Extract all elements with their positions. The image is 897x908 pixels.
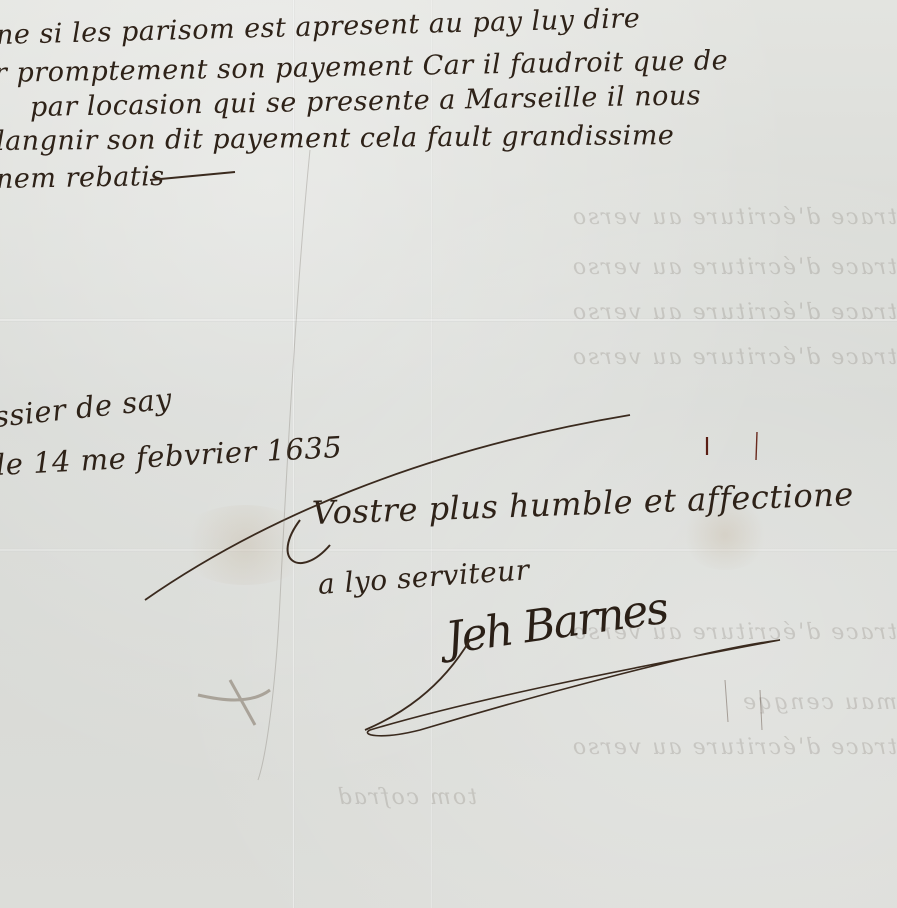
bleed-through-text: trace d'écriture au verso (0, 735, 897, 760)
letter-line-4: langnir son dit payement cela fault gran… (0, 120, 674, 157)
paper-stain (175, 505, 315, 585)
letter-line-5: nem rebatis (0, 161, 165, 195)
bleed-through-text: trace d'écriture au verso (0, 300, 897, 325)
bleed-through-text: trace d'écriture au verso (0, 345, 897, 370)
bleed-through-text: trace d'écriture au verso (0, 205, 897, 230)
bleed-through-text: tom cofrad (0, 785, 477, 810)
bleed-through-text: trace d'écriture au verso (0, 255, 897, 280)
bleed-through-text: mau cengqe (0, 690, 897, 715)
